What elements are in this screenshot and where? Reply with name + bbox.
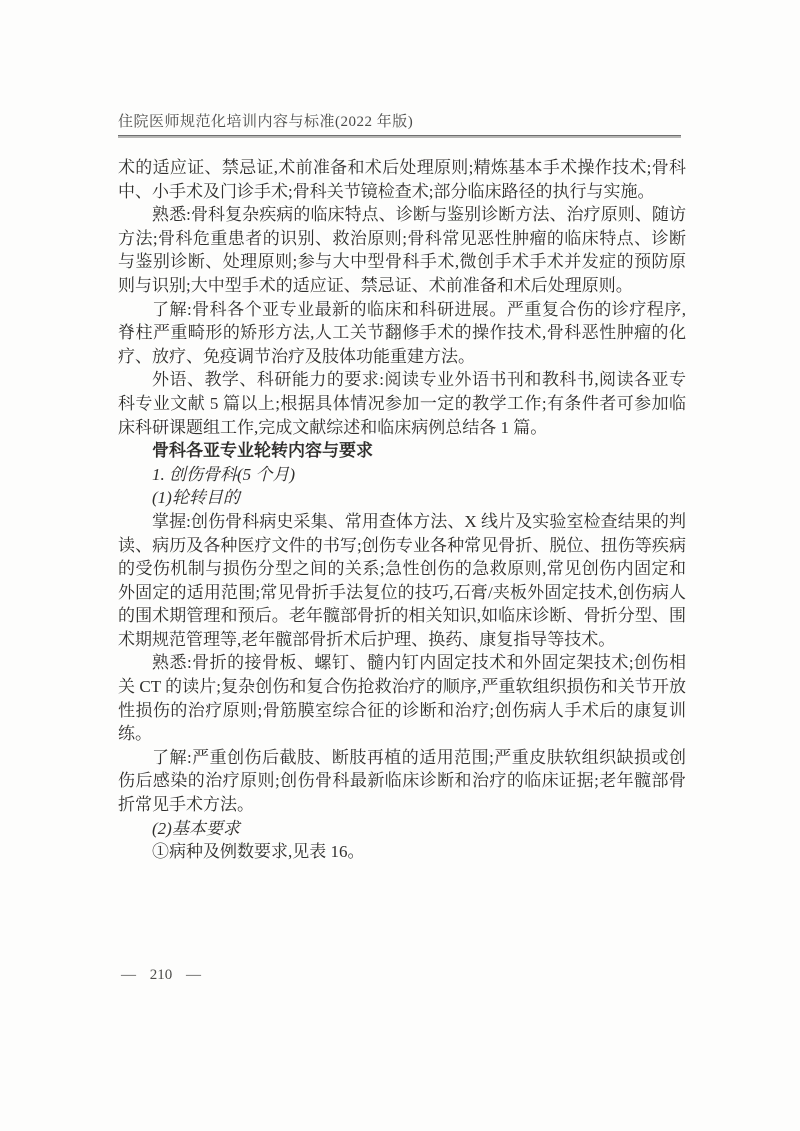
paragraph: (1)轮转目的: [118, 486, 686, 510]
paragraph: 骨科各亚专业轮转内容与要求: [118, 439, 686, 463]
paragraph: 了解:严重创伤后截肢、断肢再植的适用范围;严重皮肤软组织缺损或创伤后感染的治疗原…: [118, 746, 686, 817]
header-rule-divider: [118, 135, 681, 138]
paragraph: 了解:骨科各个亚专业最新的临床和科研进展。严重复合伤的诊疗程序,脊柱严重畸形的矫…: [118, 298, 686, 369]
paragraph: 1. 创伤骨科(5 个月): [118, 463, 686, 487]
paragraph: 熟悉:骨折的接骨板、螺钉、髓内钉内固定技术和外固定架技术;创伤相关 CT 的读片…: [118, 651, 686, 745]
paragraph: 熟悉:骨科复杂疾病的临床特点、诊断与鉴别诊断方法、治疗原则、随访方法;骨科危重患…: [118, 203, 686, 297]
document-page: 住院医师规范化培训内容与标准(2022 年版) 术的适应证、禁忌证,术前准备和术…: [0, 0, 800, 1131]
document-body: 术的适应证、禁忌证,术前准备和术后处理原则;精炼基本手术操作技术;骨科中、小手术…: [118, 156, 686, 864]
paragraph: 外语、教学、科研能力的要求:阅读专业外语书刊和教科书,阅读各亚专科专业文献 5 …: [118, 368, 686, 439]
running-header: 住院医师规范化培训内容与标准(2022 年版): [118, 110, 686, 131]
paragraph: (2)基本要求: [118, 817, 686, 841]
page-number: — 210 —: [121, 967, 201, 984]
paragraph: 掌握:创伤骨科病史采集、常用查体方法、X 线片及实验室检查结果的判读、病历及各种…: [118, 510, 686, 652]
paragraph: 术的适应证、禁忌证,术前准备和术后处理原则;精炼基本手术操作技术;骨科中、小手术…: [118, 156, 686, 203]
paragraph: ①病种及例数要求,见表 16。: [118, 840, 686, 864]
